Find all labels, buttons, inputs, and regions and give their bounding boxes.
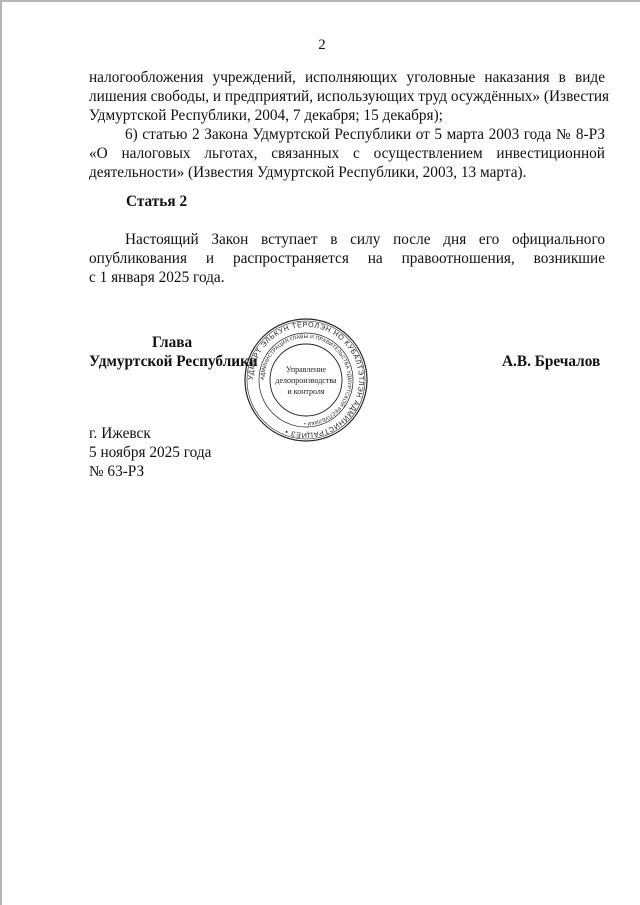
paragraph-line: Настоящий Закон вступает в силу после дн… [125, 230, 605, 249]
page-number: 2 [2, 36, 640, 55]
seal-center-line: и контроля [287, 387, 325, 396]
official-seal-icon: УДМУРТ ЭЛЬКУН ТЁРОЛЭН НО КУБАЛТЭТЛЭН АДМ… [243, 317, 369, 443]
document-date: 5 ноября 2025 года [89, 443, 211, 462]
paragraph-line: налогообложения учреждений, исполняющих … [89, 68, 605, 87]
seal-center-line: Управление [286, 365, 327, 374]
document-city: г. Ижевск [89, 424, 151, 443]
paragraph-line: 6) статью 2 Закона Удмуртской Республики… [125, 125, 605, 144]
paragraph-line: с 1 января 2025 года. [89, 268, 605, 287]
document-number: № 63-РЗ [89, 462, 144, 481]
seal-center-line: делопроизводства [275, 376, 337, 385]
signatory-name: А.В. Бречалов [502, 352, 600, 371]
paragraph-line: деятельности» (Известия Удмуртской Респу… [89, 163, 605, 182]
document-page: 2 налогообложения учреждений, исполняющи… [0, 0, 640, 905]
signatory-title-line1: Глава [152, 333, 192, 352]
signatory-title-line2: Удмуртской Республики [89, 352, 258, 371]
article-heading: Статья 2 [126, 192, 187, 211]
paragraph-line: «О налоговых льготах, связанных с осущес… [89, 144, 605, 163]
paragraph-line: Удмуртской Республики, 2004, 7 декабря; … [89, 106, 605, 125]
paragraph-line: лишения свободы, и предприятий, использу… [89, 87, 605, 106]
paragraph-line: опубликования и распространяется на прав… [89, 249, 605, 268]
